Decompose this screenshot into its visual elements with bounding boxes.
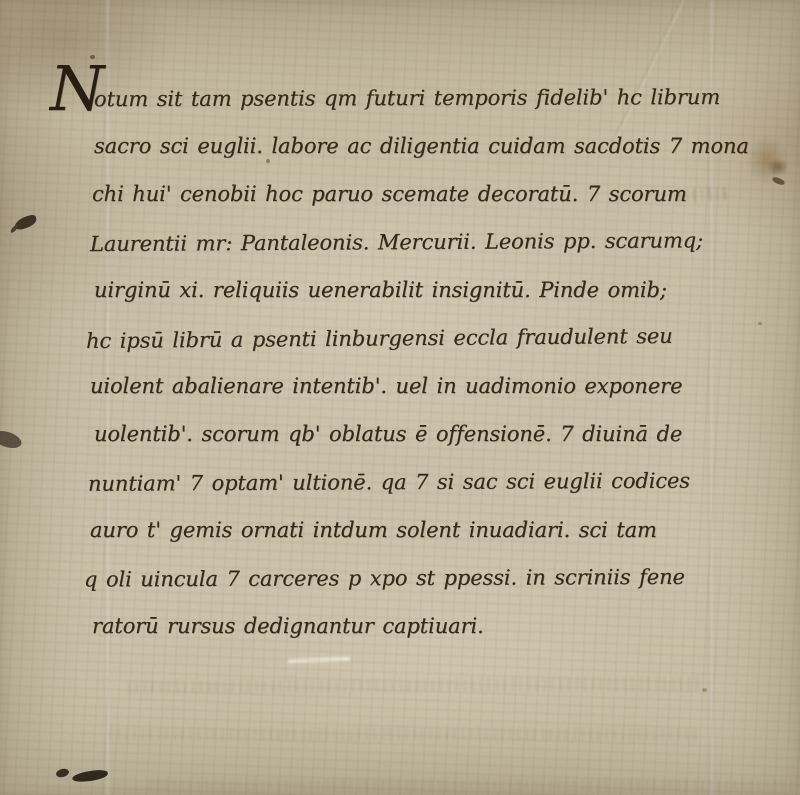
text-line: auro t' gemis ornati intdum solent inuad… bbox=[90, 506, 774, 554]
text-line: otum sit tam psentis qm futuri temporis … bbox=[94, 73, 774, 123]
ink-blot-small bbox=[55, 768, 70, 779]
parchment-speck bbox=[702, 688, 707, 692]
verso-show-through-line bbox=[110, 728, 702, 741]
text-line: uirginū xi. reliquiis uenerabilit insign… bbox=[94, 266, 774, 314]
text-line: hc ipsū librū a psenti linburgensi eccla… bbox=[86, 311, 774, 365]
verso-show-through-line bbox=[128, 677, 700, 694]
text-line: sacro sci euglii. labore ac diligentia c… bbox=[94, 122, 774, 170]
scratch-mark bbox=[288, 657, 350, 663]
text-line: Laurentii mr: Pantaleonis. Mercurii. Leo… bbox=[90, 216, 774, 268]
manuscript-page: N otum sit tam psentis qm futuri tempori… bbox=[0, 0, 800, 795]
text-line: ratorū rursus dedignantur captiuari. bbox=[92, 602, 774, 650]
verso-show-through-line bbox=[150, 779, 798, 792]
text-line: uolentib'. scorum qb' oblatus ē offensio… bbox=[94, 410, 774, 458]
text-line: uiolent abalienare intentib'. uel in uad… bbox=[90, 362, 774, 410]
left-margin-ink-mark bbox=[13, 214, 38, 232]
inscription-text-block: otum sit tam psentis qm futuri temporis … bbox=[94, 74, 774, 650]
ink-blot-large bbox=[72, 769, 109, 783]
text-line: q oli uincula 7 carceres p xpo st ppessi… bbox=[84, 552, 774, 603]
text-line: chi hui' cenobii hoc paruo scemate decor… bbox=[92, 170, 774, 218]
left-margin-ink-mark-lower bbox=[0, 428, 24, 452]
text-line: nuntiam' 7 optam' ultionē. qa 7 si sac s… bbox=[88, 456, 774, 508]
